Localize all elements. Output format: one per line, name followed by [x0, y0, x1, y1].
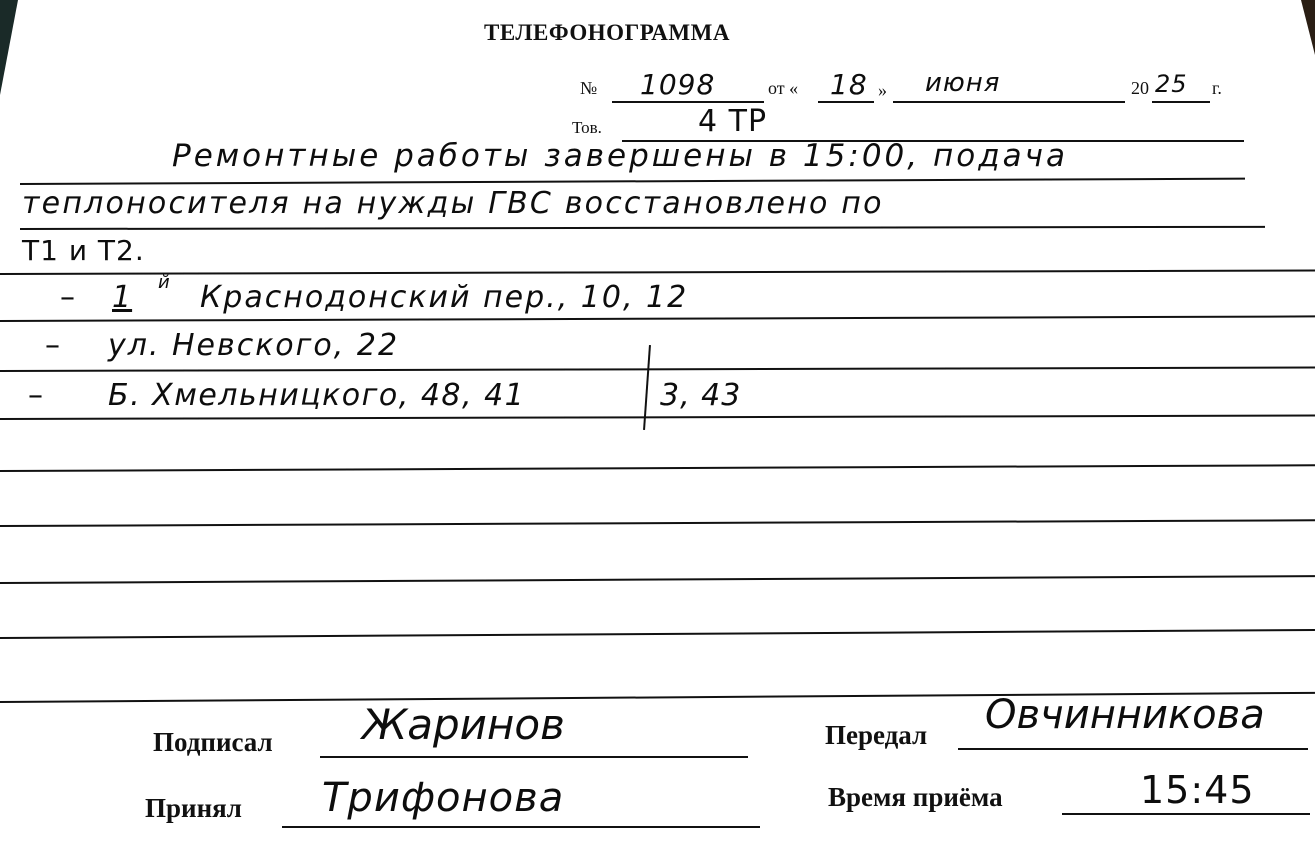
address-text: Б. Хмельницкого, 48, 41 [108, 378, 525, 413]
time-underline [1062, 813, 1310, 815]
address-prefix-suffix: й [158, 272, 171, 293]
ruled-line [0, 464, 1315, 472]
document-title: ТЕЛЕФОНОГРАММА [484, 20, 730, 46]
transmitted-label: Передал [825, 720, 927, 751]
signed-label: Подписал [153, 727, 273, 758]
month-value: июня [925, 68, 1000, 98]
number-value: 1098 [640, 68, 715, 101]
year-unit: г. [1212, 78, 1222, 99]
time-label: Время приёма [828, 782, 1003, 813]
day-close-label: » [878, 80, 887, 101]
signed-underline [320, 756, 748, 758]
year-underline [1152, 101, 1210, 103]
body-line-1: Ремонтные работы завершены в 15:00, пода… [172, 138, 1068, 174]
day-underline [818, 101, 874, 103]
ruled-line [20, 178, 1245, 185]
day-value: 18 [830, 68, 868, 101]
page-edge-shadow-left [0, 0, 18, 95]
ruled-line [0, 367, 1315, 372]
list-bullet: – [45, 328, 61, 363]
transmitted-underline [958, 748, 1308, 750]
month-underline [893, 101, 1125, 103]
ruled-line [20, 226, 1265, 230]
telephonogram-page: ТЕЛЕФОНОГРАММА № 1098 от « 18 » июня 20 … [0, 0, 1315, 852]
address-text: Краснодонский пер., 10, 12 [200, 280, 688, 315]
address-prefix: 1 [112, 280, 132, 315]
ruled-line [0, 270, 1315, 275]
signed-signature: Жаринов [362, 700, 565, 749]
ruled-line [0, 415, 1315, 420]
year-value: 25 [1155, 70, 1188, 98]
address-text-continued: 3, 43 [660, 378, 741, 413]
transmitted-signature: Овчинникова [985, 692, 1265, 738]
list-bullet: – [28, 378, 44, 413]
time-value: 15:45 [1140, 768, 1255, 812]
ruled-line [0, 629, 1315, 639]
page-edge-shadow-right [1301, 0, 1315, 55]
received-signature: Трифонова [322, 775, 564, 821]
to-label: Тов. [572, 118, 602, 138]
received-underline [282, 826, 760, 828]
number-underline [612, 101, 764, 103]
list-bullet: – [60, 280, 76, 315]
from-label: от « [768, 78, 798, 99]
address-text: ул. Невского, 22 [108, 328, 399, 363]
to-value: 4 ТР [698, 104, 767, 139]
year-prefix: 20 [1131, 78, 1149, 99]
ruled-line [0, 315, 1315, 322]
body-line-3: Т1 и Т2. [22, 234, 145, 267]
number-label: № [580, 78, 597, 99]
body-line-2: теплоносителя на нужды ГВС восстановлено… [22, 186, 884, 221]
ruled-line [0, 575, 1315, 584]
ruled-line [0, 519, 1315, 527]
received-label: Принял [145, 793, 242, 824]
